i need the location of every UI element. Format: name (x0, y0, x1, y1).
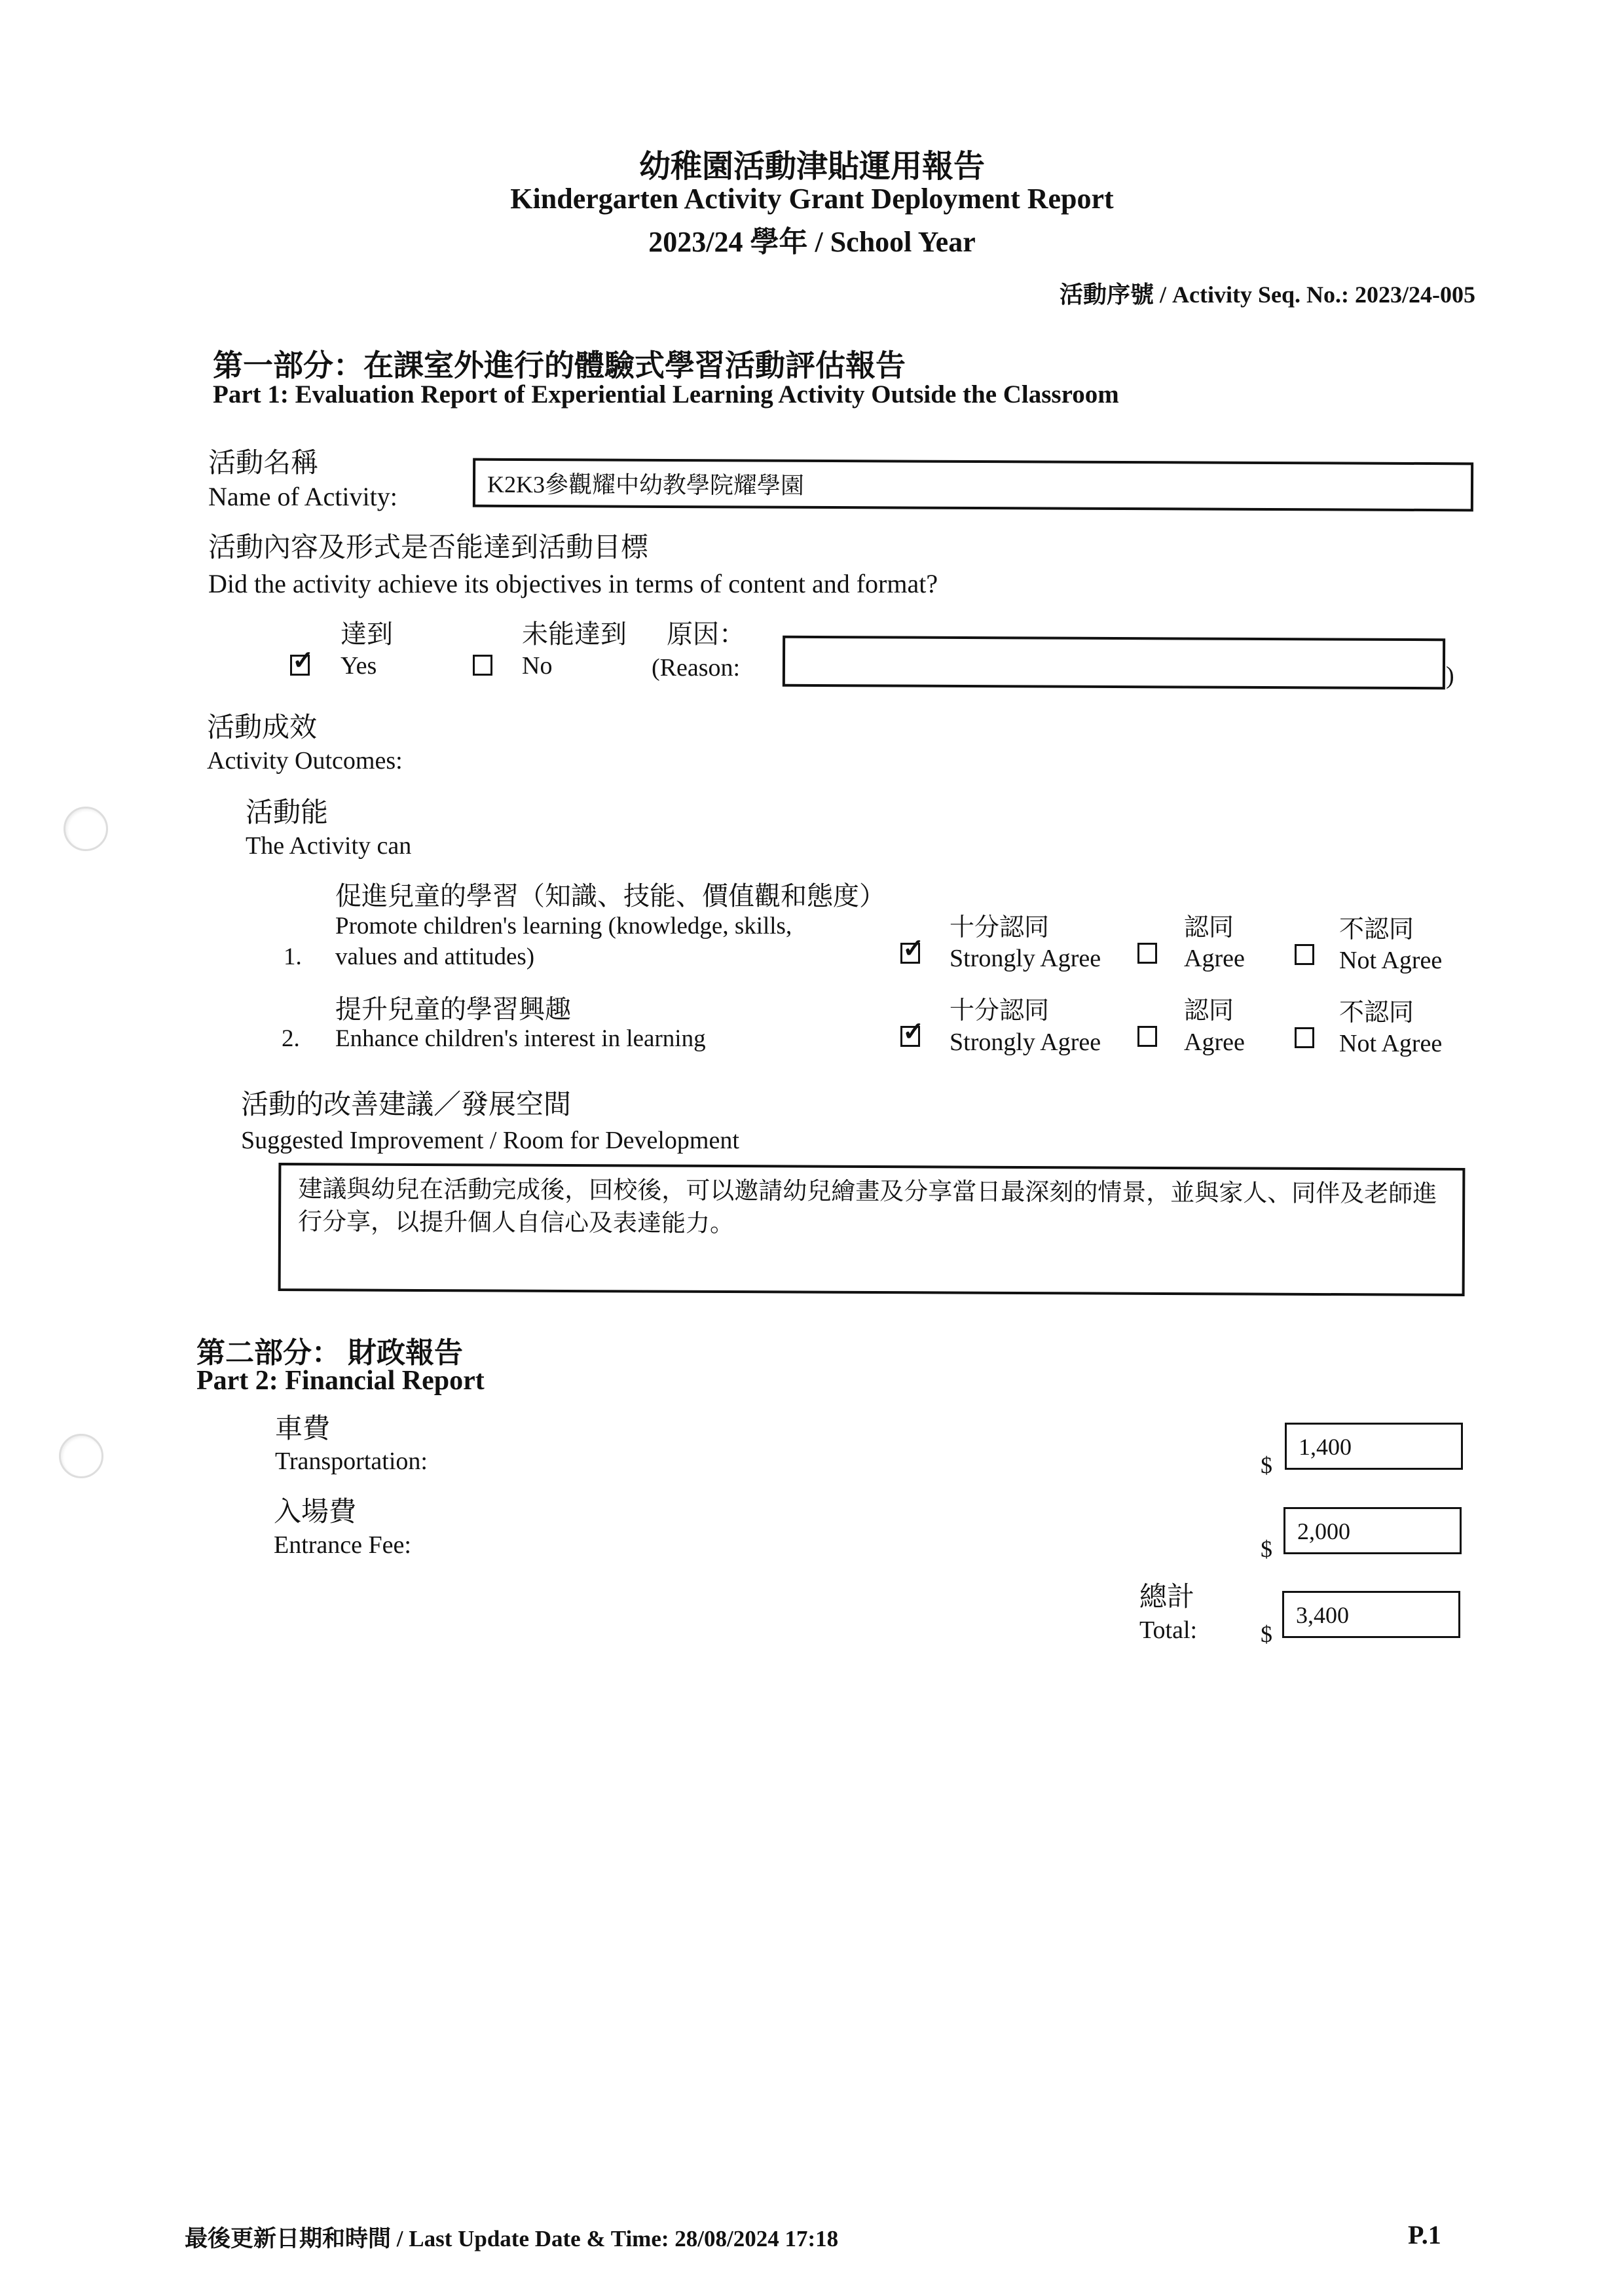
transportation-label-cn: 車費 (275, 1413, 330, 1446)
item-1-number: 1. (284, 943, 302, 972)
transportation-label-en: Transportation: (275, 1447, 428, 1477)
item-2-strongly-agree-checkbox[interactable] (900, 1026, 920, 1047)
item-2-not-agree-en: Not Agree (1339, 1029, 1442, 1059)
entrance-amount: 2,000 (1285, 1509, 1460, 1554)
suggestion-field[interactable]: 建議與幼兒在活動完成後，回校後，可以邀請幼兒繪畫及分享當日最深刻的情景，並與家人… (278, 1163, 1466, 1296)
outcomes-label-en: Activity Outcomes: (207, 746, 403, 776)
activity-name-value: K2K3參觀耀中幼教學院耀學園 (475, 461, 1471, 511)
reason-field[interactable] (783, 636, 1445, 689)
yes-label-en: Yes (341, 651, 377, 682)
item-2-strongly-agree-en: Strongly Agree (950, 1028, 1101, 1058)
part2-heading-en: Part 2: Financial Report (196, 1365, 485, 1396)
total-label-en: Total: (1139, 1616, 1197, 1646)
title-en: Kindergarten Activity Grant Deployment R… (0, 182, 1624, 215)
punch-hole-top (64, 807, 108, 851)
item-1-agree-checkbox[interactable] (1137, 943, 1157, 964)
item-1-en-line2: values and attitudes) (335, 943, 534, 972)
name-label-en: Name of Activity: (208, 481, 397, 513)
yes-checkbox[interactable] (290, 655, 310, 676)
objective-question-en: Did the activity achieve its objectives … (208, 568, 938, 600)
title-cn: 幼稚園活動津貼運用報告 (0, 141, 1624, 186)
transportation-amount: 1,400 (1287, 1425, 1461, 1470)
entrance-currency: $ (1261, 1535, 1272, 1563)
reason-label-cn: 原因： (667, 619, 745, 650)
punch-hole-bottom (59, 1434, 103, 1478)
school-year: 2023/24 學年 / School Year (0, 218, 1624, 260)
item-1-en-line1: Promote children's learning (knowledge, … (335, 912, 792, 941)
objective-question-cn: 活動內容及形式是否能達到活動目標 (208, 532, 648, 564)
item-1-not-agree-checkbox[interactable] (1295, 944, 1314, 965)
yes-label-cn: 達到 (341, 619, 393, 650)
total-amount-field[interactable]: 3,400 (1282, 1591, 1460, 1638)
part1-heading-en: Part 1: Evaluation Report of Experientia… (213, 380, 1119, 409)
suggest-label-cn: 活動的改善建議／發展空間 (241, 1089, 571, 1121)
item-1-agree-en: Agree (1184, 944, 1245, 974)
item-1-strongly-agree-checkbox[interactable] (900, 943, 920, 964)
activity-can-en: The Activity can (246, 831, 411, 862)
no-label-cn: 未能達到 (522, 619, 627, 650)
item-1-agree-cn: 認同 (1184, 913, 1234, 943)
activity-seq-no: 活動序號 / Activity Seq. No.: 2023/24-005 (1060, 276, 1475, 310)
page-number: P.1 (1408, 2219, 1441, 2250)
item-1-cn: 促進兒童的學習（知識、技能、價值觀和態度） (335, 881, 885, 912)
part1-heading-cn: 第一部分：在課室外進行的體驗式學習活動評估報告 (213, 342, 906, 385)
item-2-agree-en: Agree (1184, 1028, 1245, 1058)
transportation-amount-field[interactable]: 1,400 (1285, 1423, 1463, 1470)
reason-label-en: (Reason: (652, 653, 740, 683)
item-1-not-agree-cn: 不認同 (1339, 915, 1414, 945)
item-1-not-agree-en: Not Agree (1339, 946, 1442, 976)
name-label-cn: 活動名稱 (208, 447, 318, 480)
reason-value (785, 638, 1443, 654)
outcomes-label-cn: 活動成效 (207, 712, 317, 744)
item-2-number: 2. (282, 1025, 300, 1053)
activity-name-field[interactable]: K2K3參觀耀中幼教學院耀學園 (473, 458, 1473, 512)
reason-close-paren: ) (1446, 661, 1454, 691)
last-update: 最後更新日期和時間 / Last Update Date & Time: 28/… (185, 2221, 838, 2253)
total-amount: 3,400 (1284, 1593, 1458, 1638)
item-2-not-agree-checkbox[interactable] (1295, 1027, 1314, 1048)
no-label-en: No (522, 651, 552, 682)
entrance-label-cn: 入場費 (274, 1496, 356, 1529)
no-checkbox[interactable] (473, 655, 492, 676)
item-2-strongly-agree-cn: 十分認同 (950, 996, 1049, 1027)
entrance-label-en: Entrance Fee: (274, 1531, 411, 1561)
activity-can-cn: 活動能 (246, 797, 328, 829)
total-currency: $ (1261, 1620, 1272, 1649)
suggest-label-en: Suggested Improvement / Room for Develop… (241, 1126, 739, 1156)
item-1-strongly-agree-cn: 十分認同 (950, 913, 1049, 943)
item-2-agree-checkbox[interactable] (1137, 1026, 1157, 1047)
item-2-not-agree-cn: 不認同 (1339, 998, 1414, 1029)
item-2-agree-cn: 認同 (1184, 996, 1234, 1027)
item-1-strongly-agree-en: Strongly Agree (950, 944, 1101, 974)
item-2-en-line1: Enhance children's interest in learning (335, 1025, 706, 1053)
entrance-amount-field[interactable]: 2,000 (1283, 1507, 1462, 1554)
transportation-currency: $ (1261, 1451, 1272, 1480)
suggestion-value: 建議與幼兒在活動完成後，回校後，可以邀請幼兒繪畫及分享當日最深刻的情景，並與家人… (281, 1165, 1463, 1252)
total-label-cn: 總計 (1139, 1581, 1194, 1614)
item-2-cn: 提升兒童的學習興趣 (335, 994, 571, 1025)
